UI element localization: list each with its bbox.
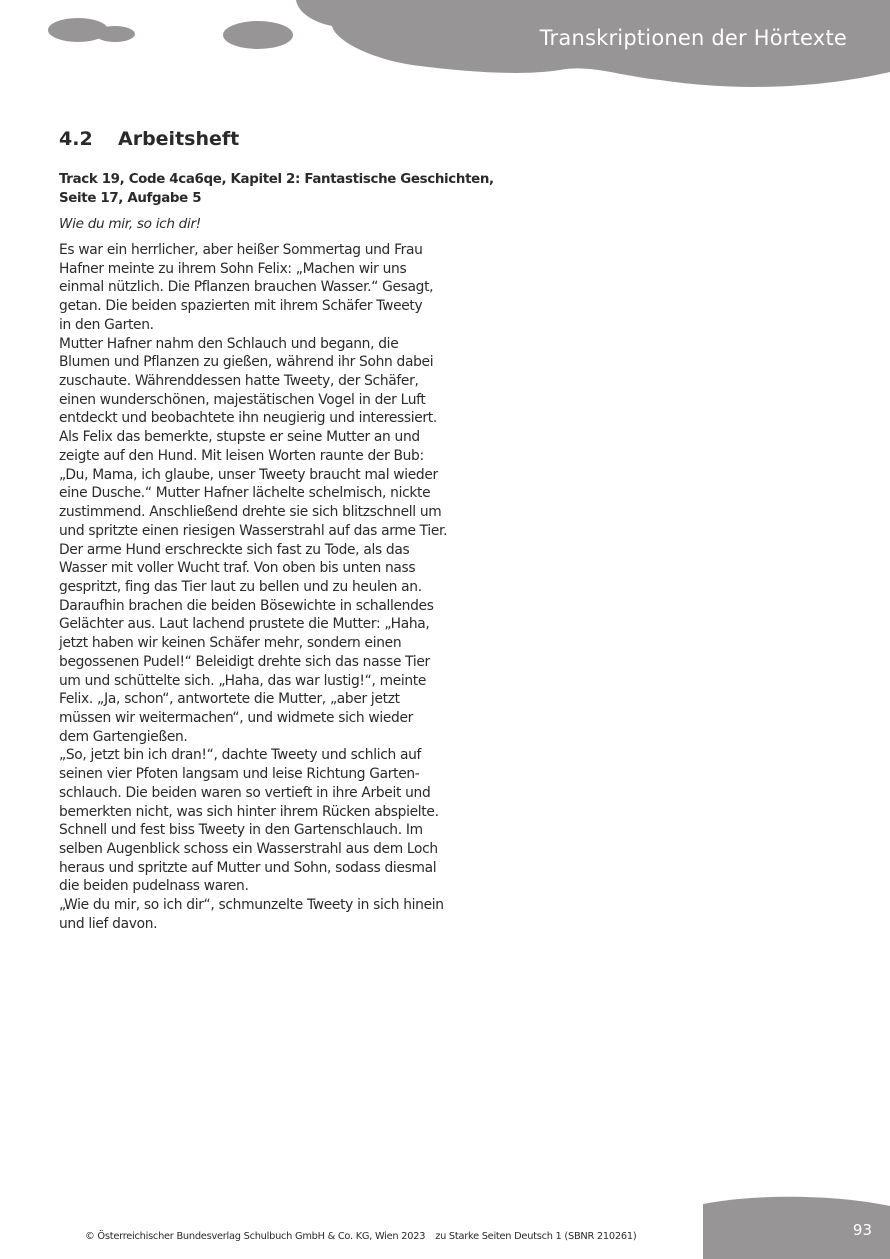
story-line: zeigte auf den Hund. Mit leisen Worten r… (59, 447, 439, 466)
track-info: Track 19, Code 4ca6qe, Kapitel 2: Fantas… (59, 170, 439, 208)
page-number: 93 (853, 1221, 872, 1239)
story-line: schlauch. Die beiden waren so vertieft i… (59, 784, 439, 803)
story-line: dem Gartengießen. (59, 728, 439, 747)
story-line: selben Augenblick schoss ein Wasserstrah… (59, 840, 439, 859)
story-body: Es war ein herrlicher, aber heißer Somme… (59, 241, 439, 934)
story-line: bemerkten nicht, was sich hinter ihrem R… (59, 803, 439, 822)
section-heading: 4.2 Arbeitsheft (59, 124, 439, 154)
story-line: und lief davon. (59, 915, 439, 934)
story-line: Gelächter aus. Laut lachend prustete die… (59, 615, 439, 634)
page-content: 4.2 Arbeitsheft Track 19, Code 4ca6qe, K… (59, 124, 439, 934)
section-number: 4.2 (59, 128, 118, 150)
story-line: Hafner meinte zu ihrem Sohn Felix: „Mach… (59, 260, 439, 279)
story-line: einen wunderschönen, majestätischen Voge… (59, 391, 439, 410)
story-line: die beiden pudelnass waren. (59, 877, 439, 896)
story-title: Wie du mir, so ich dir! (59, 215, 439, 234)
story-line: Als Felix das bemerkte, stupste er seine… (59, 428, 439, 447)
story-line: begossenen Pudel!“ Beleidigt drehte sich… (59, 653, 439, 672)
story-line: getan. Die beiden spazierten mit ihrem S… (59, 297, 439, 316)
story-line: Mutter Hafner nahm den Schlauch und bega… (59, 335, 439, 354)
story-line: zustimmend. Anschließend drehte sie sich… (59, 503, 439, 522)
footer: © Österreichischer Bundesverlag Schulbuc… (85, 1231, 636, 1242)
story-line: „So, jetzt bin ich dran!“, dachte Tweety… (59, 746, 439, 765)
story-line: gespritzt, fing das Tier laut zu bellen … (59, 578, 439, 597)
story-line: zuschaute. Währenddessen hatte Tweety, d… (59, 372, 439, 391)
story-line: Daraufhin brachen die beiden Bösewichte … (59, 597, 439, 616)
story-line: entdeckt und beobachtete ihn neugierig u… (59, 409, 439, 428)
story-line: heraus und spritzte auf Mutter und Sohn,… (59, 859, 439, 878)
story-line: in den Garten. (59, 316, 439, 335)
story-line: jetzt haben wir keinen Schäfer mehr, son… (59, 634, 439, 653)
series-reference: zu Starke Seiten Deutsch 1 (SBNR 210261) (435, 1231, 636, 1242)
running-header-title: Transkriptionen der Hörtexte (540, 26, 847, 50)
track-info-line: Track 19, Code 4ca6qe, Kapitel 2: Fantas… (59, 170, 439, 189)
track-info-line: Seite 17, Aufgabe 5 (59, 189, 439, 208)
story-line: „Wie du mir, so ich dir“, schmunzelte Tw… (59, 896, 439, 915)
story-line: Felix. „Ja, schon“, antwortete die Mutte… (59, 690, 439, 709)
story-line: müssen wir weitermachen“, und widmete si… (59, 709, 439, 728)
story-line: seinen vier Pfoten langsam und leise Ric… (59, 765, 439, 784)
story-line: eine Dusche.“ Mutter Hafner lächelte sch… (59, 484, 439, 503)
story-line: um und schüttelte sich. „Haha, das war l… (59, 672, 439, 691)
story-line: „Du, Mama, ich glaube, unser Tweety brau… (59, 466, 439, 485)
story-line: Blumen und Pflanzen zu gießen, während i… (59, 353, 439, 372)
story-line: Der arme Hund erschreckte sich fast zu T… (59, 541, 439, 560)
copyright-notice: © Österreichischer Bundesverlag Schulbuc… (85, 1231, 425, 1242)
story-line: einmal nützlich. Die Pflanzen brauchen W… (59, 278, 439, 297)
story-line: Es war ein herrlicher, aber heißer Somme… (59, 241, 439, 260)
story-line: Schnell und fest biss Tweety in den Gart… (59, 821, 439, 840)
story-line: Wasser mit voller Wucht traf. Von oben b… (59, 559, 439, 578)
header-cloud-decoration (0, 0, 890, 100)
story-line: und spritzte einen riesigen Wasserstrahl… (59, 522, 439, 541)
section-title: Arbeitsheft (118, 128, 239, 150)
